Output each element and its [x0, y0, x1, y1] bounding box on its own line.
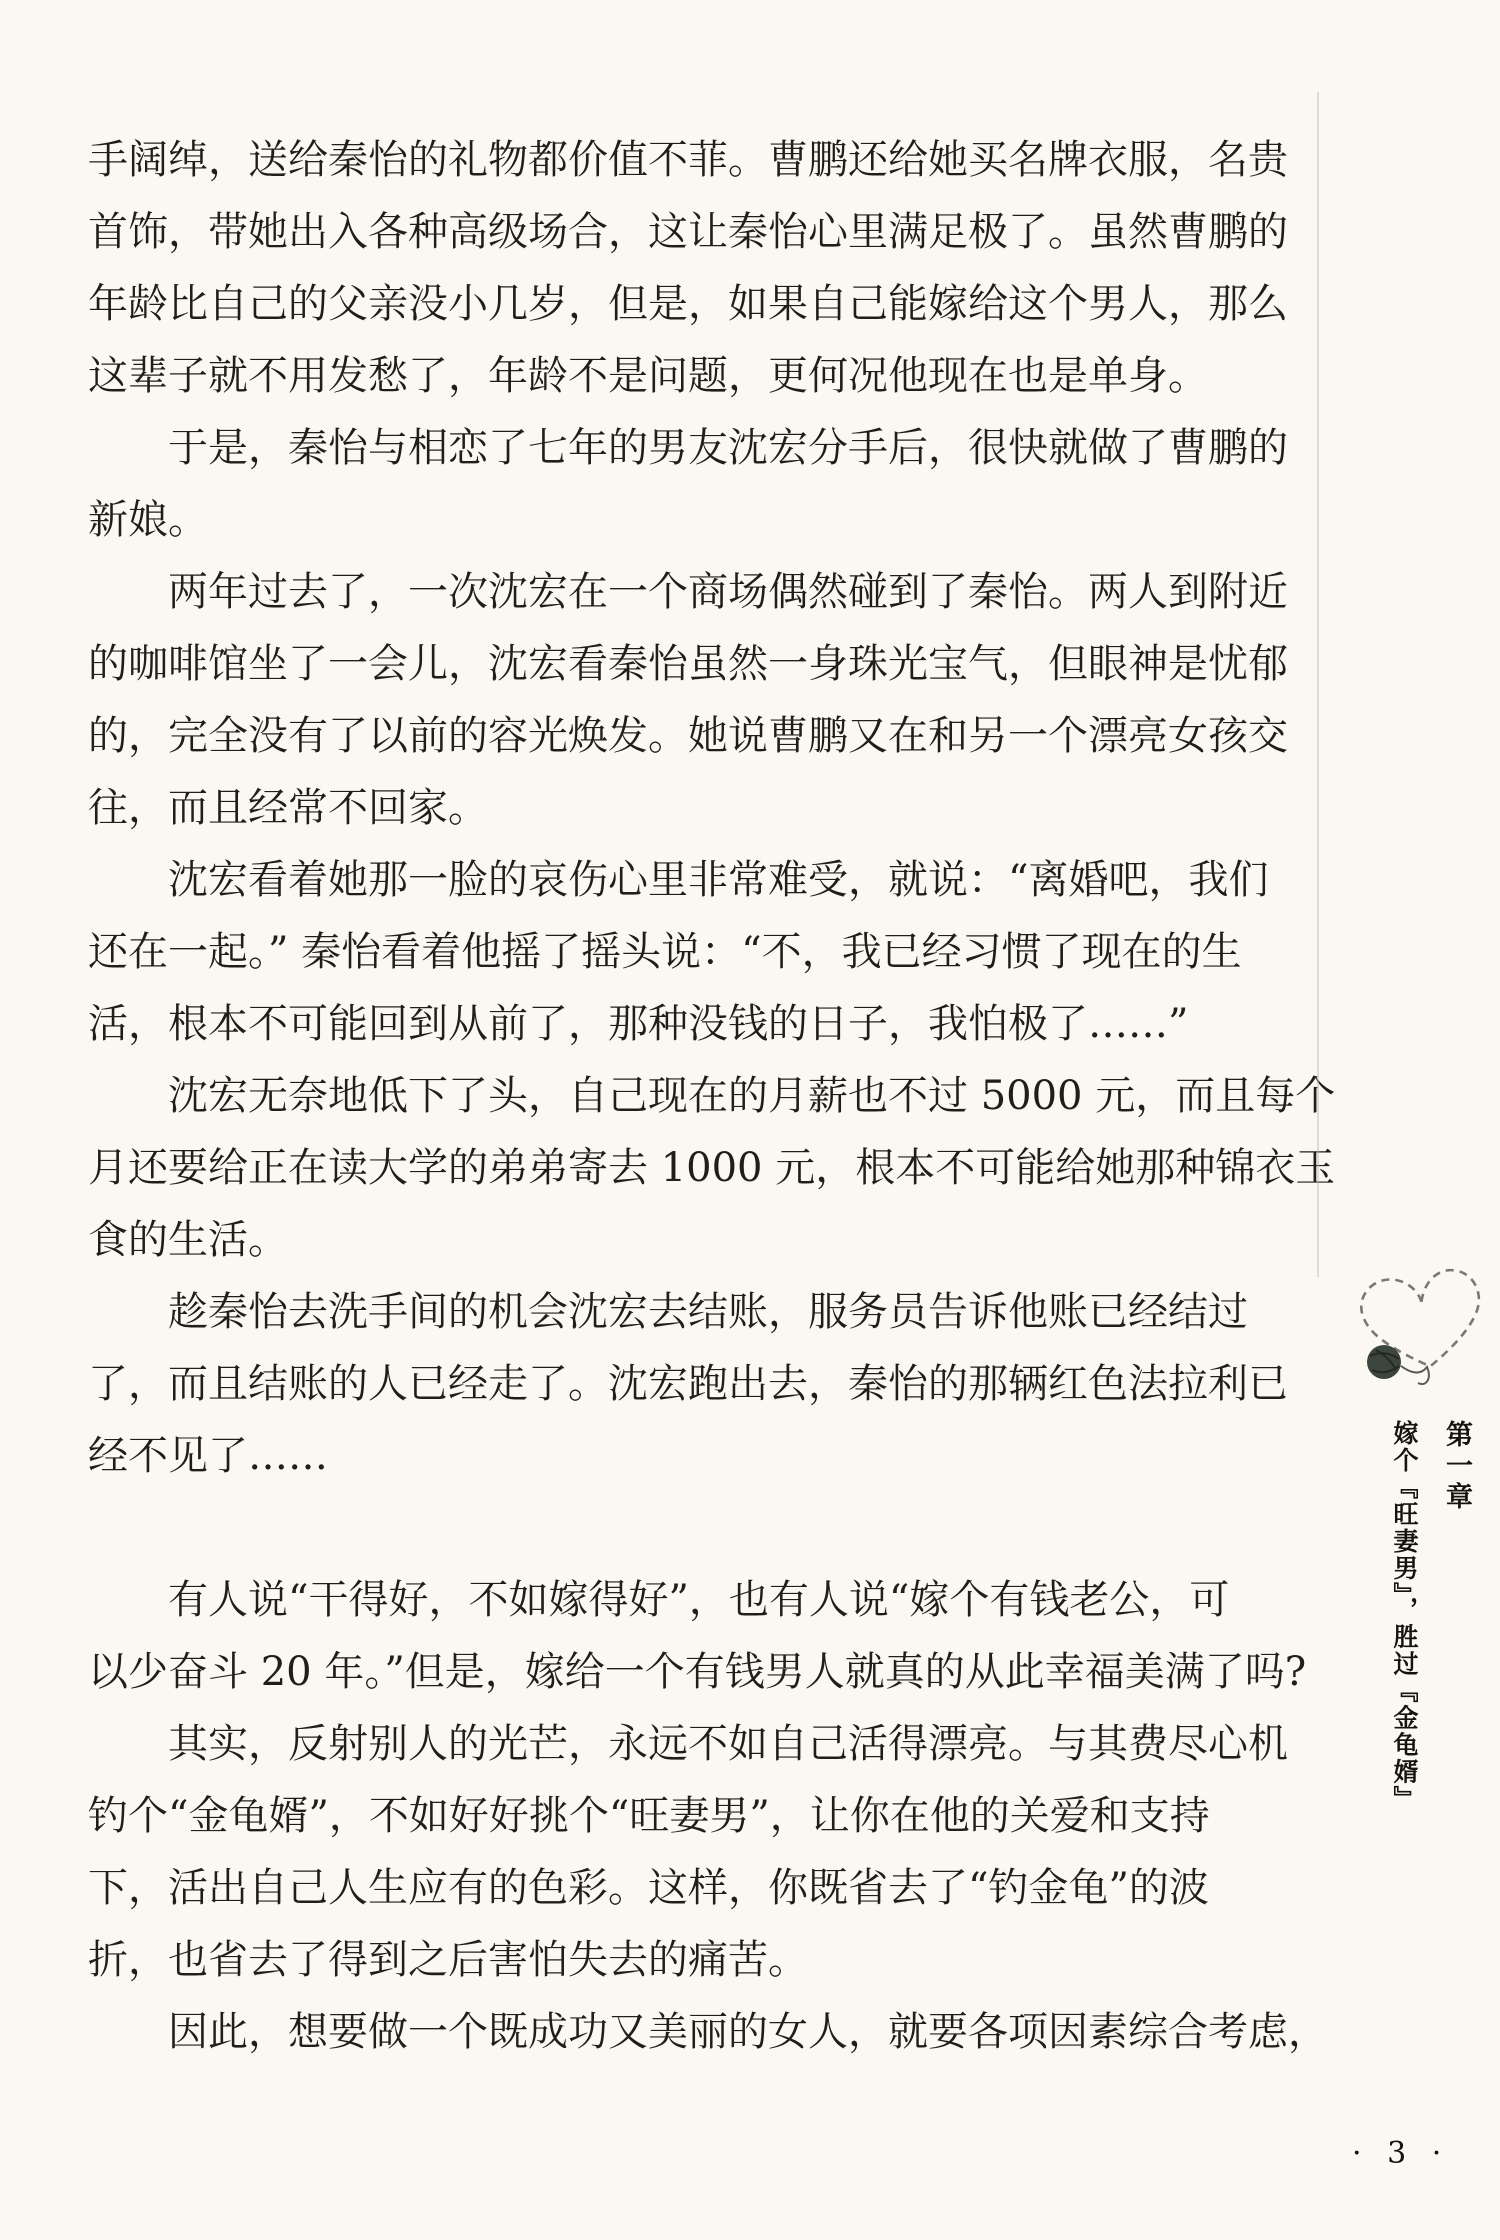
text-line: 首饰，带她出入各种高级场合，这让秦怡心里满足极了。虽然曹鹏的: [88, 196, 1333, 268]
heart-yarn-doodle-icon: [1346, 1262, 1498, 1400]
text-line: 了，而且结账的人已经走了。沈宏跑出去，秦怡的那辆红色法拉利已: [88, 1348, 1333, 1420]
page-number: · 3 ·: [1352, 2136, 1449, 2171]
text-line: 其实，反射别人的光芒，永远不如自己活得漂亮。与其费尽心机: [88, 1708, 1333, 1780]
chapter-number: 第一章: [1437, 1420, 1476, 1813]
text-line: 手阔绰，送给秦怡的礼物都价值不菲。曹鹏还给她买名牌衣服，名贵: [88, 124, 1333, 196]
text-line: 沈宏看着她那一脸的哀伤心里非常难受，就说：“离婚吧，我们: [88, 844, 1333, 916]
text-line: 下，活出自己人生应有的色彩。这样，你既省去了“钓金龟”的波: [88, 1852, 1333, 1924]
chapter-sidebar: 第一章 嫁个『旺妻男』，胜过『金龟婿』: [1386, 1420, 1476, 1813]
text-line: 年龄比自己的父亲没小几岁，但是，如果自己能嫁给这个男人，那么: [88, 268, 1333, 340]
book-page: 手阔绰，送给秦怡的礼物都价值不菲。曹鹏还给她买名牌衣服，名贵 首饰，带她出入各种…: [0, 0, 1500, 2240]
text-line: 新娘。: [88, 484, 1333, 556]
text-line: 这辈子就不用发愁了，年龄不是问题，更何况他现在也是单身。: [88, 340, 1333, 412]
text-line: 两年过去了，一次沈宏在一个商场偶然碰到了秦怡。两人到附近: [88, 556, 1333, 628]
text-line: 月还要给正在读大学的弟弟寄去 1000 元，根本不可能给她那种锦衣玉: [88, 1132, 1333, 1204]
text-line: 食的生活。: [88, 1204, 1333, 1276]
scan-artifact-line: [1317, 92, 1319, 1277]
body-text: 手阔绰，送给秦怡的礼物都价值不菲。曹鹏还给她买名牌衣服，名贵 首饰，带她出入各种…: [88, 124, 1333, 2068]
chapter-title: 嫁个『旺妻男』，胜过『金龟婿』: [1386, 1420, 1422, 1813]
text-line: 有人说“干得好，不如嫁得好”，也有人说“嫁个有钱老公，可: [88, 1564, 1333, 1636]
text-line: 的，完全没有了以前的容光焕发。她说曹鹏又在和另一个漂亮女孩交: [88, 700, 1333, 772]
text-line: 的咖啡馆坐了一会儿，沈宏看秦怡虽然一身珠光宝气，但眼神是忧郁: [88, 628, 1333, 700]
text-line: 折，也省去了得到之后害怕失去的痛苦。: [88, 1924, 1333, 1996]
text-line: 于是，秦怡与相恋了七年的男友沈宏分手后，很快就做了曹鹏的: [88, 412, 1333, 484]
text-line: 往，而且经常不回家。: [88, 772, 1333, 844]
text-line: 趁秦怡去洗手间的机会沈宏去结账，服务员告诉他账已经结过: [88, 1276, 1333, 1348]
text-line: 经不见了……: [88, 1420, 1333, 1492]
text-line: 活，根本不可能回到从前了，那种没钱的日子，我怕极了……”: [88, 988, 1333, 1060]
text-line: 沈宏无奈地低下了头，自己现在的月薪也不过 5000 元，而且每个: [88, 1060, 1333, 1132]
text-line: 还在一起。” 秦怡看着他摇了摇头说：“不，我已经习惯了现在的生: [88, 916, 1333, 988]
text-line: 以少奋斗 20 年。”但是，嫁给一个有钱男人就真的从此幸福美满了吗?: [88, 1636, 1333, 1708]
text-line: 因此，想要做一个既成功又美丽的女人，就要各项因素综合考虑，: [88, 1996, 1333, 2068]
text-line: 钓个“金龟婿”，不如好好挑个“旺妻男”，让你在他的关爱和支持: [88, 1780, 1333, 1852]
